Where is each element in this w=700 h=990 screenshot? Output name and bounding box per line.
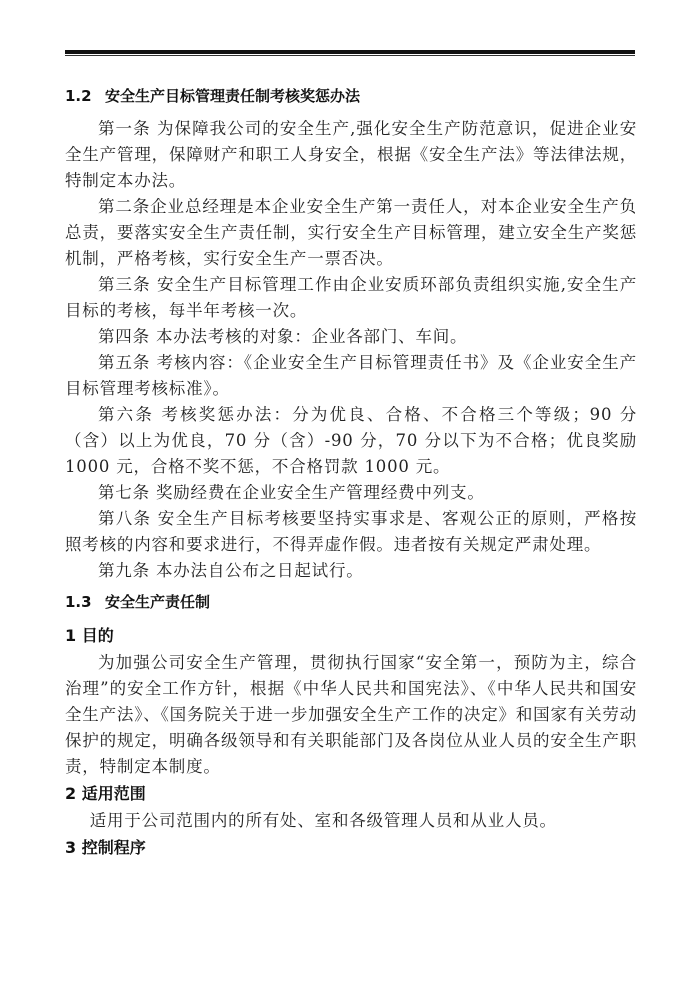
header-rule	[65, 50, 635, 56]
article-8: 第八条 安全生产目标考核要坚持实事求是、客观公正的原则，严格按照考核的内容和要求…	[65, 506, 637, 558]
article-1: 第一条 为保障我公司的安全生产,强化安全生产防范意识，促进企业安全生产管理，保障…	[65, 116, 637, 194]
header-rule-thin	[65, 55, 635, 56]
subsection-heading-scope: 2 适用范围	[65, 780, 637, 808]
subsection-heading-purpose: 1 目的	[65, 622, 637, 650]
scope-paragraph: 适用于公司范围内的所有处、室和各级管理人员和从业人员。	[65, 808, 637, 834]
document-page: 1.2安全生产目标管理责任制考核奖惩办法 第一条 为保障我公司的安全生产,强化安…	[0, 0, 700, 990]
purpose-paragraph: 为加强公司安全生产管理，贯彻执行国家“安全第一，预防为主，综合治理”的安全工作方…	[65, 650, 637, 780]
section-heading-1-3: 1.3安全生产责任制	[65, 588, 637, 616]
section-title: 安全生产责任制	[105, 593, 210, 611]
article-7: 第七条 奖励经费在企业安全生产管理经费中列支。	[65, 480, 637, 506]
document-content: 1.2安全生产目标管理责任制考核奖惩办法 第一条 为保障我公司的安全生产,强化安…	[65, 82, 637, 862]
article-3: 第三条 安全生产目标管理工作由企业安质环部负责组织实施,安全生产目标的考核，每半…	[65, 272, 637, 324]
article-9: 第九条 本办法自公布之日起试行。	[65, 558, 637, 584]
section-heading-1-2: 1.2安全生产目标管理责任制考核奖惩办法	[65, 82, 637, 110]
section-number: 1.3	[65, 588, 105, 616]
subsection-heading-control-procedure: 3 控制程序	[65, 834, 637, 862]
article-4: 第四条 本办法考核的对象：企业各部门、车间。	[65, 324, 637, 350]
section-number: 1.2	[65, 82, 105, 110]
article-2: 第二条企业总经理是本企业安全生产第一责任人，对本企业安全生产负总责，要落实安全生…	[65, 194, 637, 272]
section-title: 安全生产目标管理责任制考核奖惩办法	[105, 87, 360, 105]
article-5: 第五条 考核内容：《企业安全生产目标管理责任书》及《企业安全生产目标管理考核标准…	[65, 350, 637, 402]
article-6: 第六条 考核奖惩办法：分为优良、合格、不合格三个等级；90 分（含）以上为优良，…	[65, 402, 637, 480]
